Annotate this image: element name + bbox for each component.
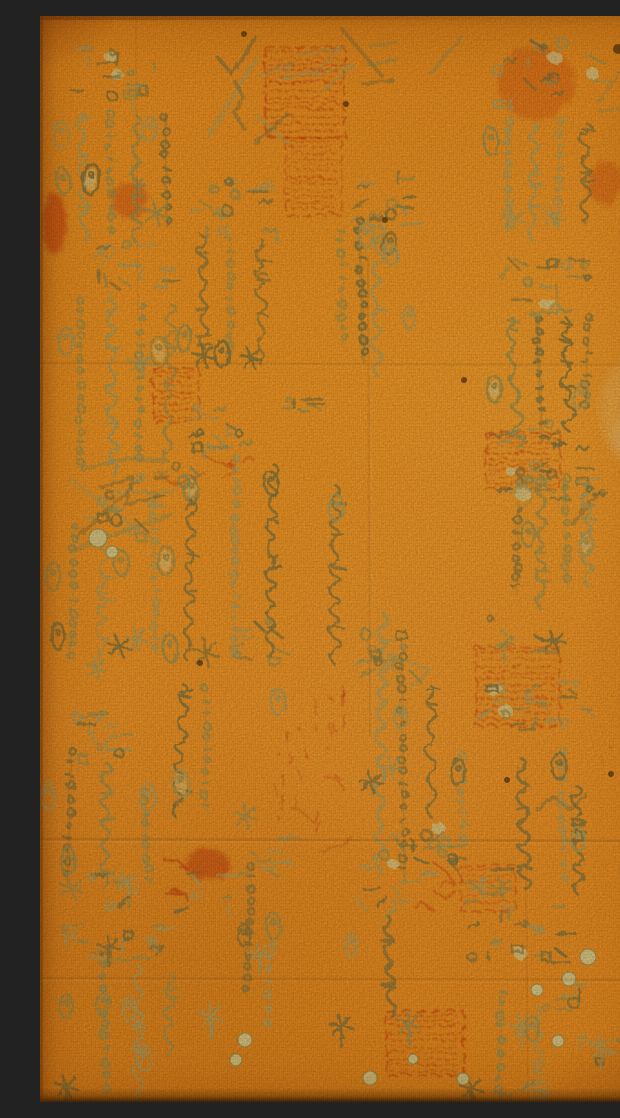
grain-layer: [40, 16, 620, 1102]
talisman-photo: [40, 16, 620, 1102]
talisman-artwork: [40, 16, 620, 1102]
film-grain: [40, 16, 620, 1102]
